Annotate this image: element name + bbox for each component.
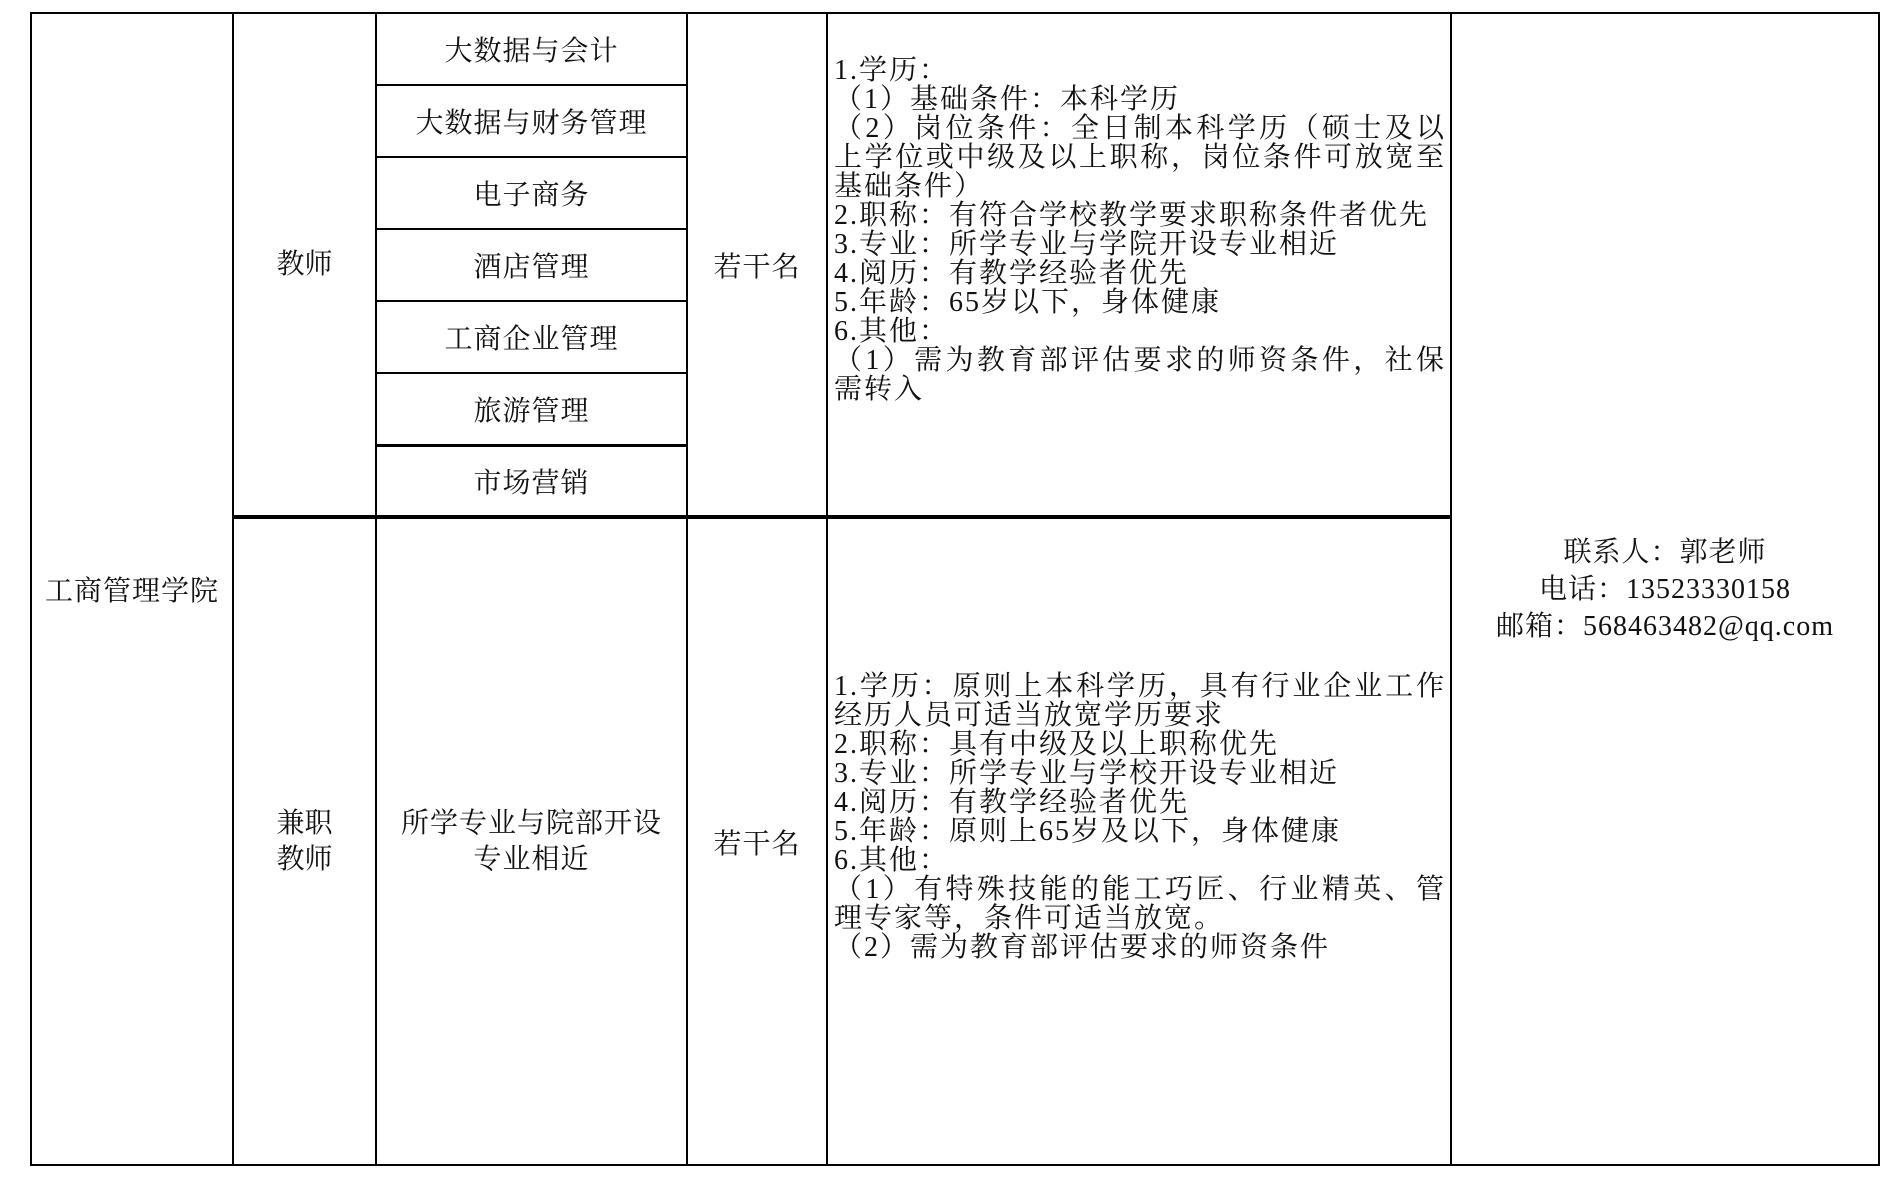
table-row: 工商管理学院 教师 大数据与会计 若干名 1.学历： （1）基础条件：本科学历 … (31, 13, 1879, 85)
contact-cell: 联系人：郭老师 电话：13523330158 邮箱：568463482@qq.c… (1451, 13, 1879, 1165)
position-cell-parttime: 兼职教师 (233, 517, 376, 1165)
contact-phone: 电话：13523330158 (1452, 571, 1878, 608)
major-cell: 旅游管理 (376, 373, 687, 445)
major-cell: 电子商务 (376, 157, 687, 229)
major-cell: 市场营销 (376, 445, 687, 517)
position-cell-teacher: 教师 (233, 13, 376, 517)
major-cell: 大数据与财务管理 (376, 85, 687, 157)
document-page: 工商管理学院 教师 大数据与会计 若干名 1.学历： （1）基础条件：本科学历 … (0, 0, 1900, 1184)
position-label: 教师 (274, 247, 336, 283)
major-cell: 工商企业管理 (376, 301, 687, 373)
recruitment-table: 工商管理学院 教师 大数据与会计 若干名 1.学历： （1）基础条件：本科学历 … (30, 12, 1880, 1166)
requirements-cell-parttime: 1.学历：原则上本科学历，具有行业企业工作经历人员可适当放宽学历要求 2.职称：… (827, 517, 1451, 1165)
contact-person: 联系人：郭老师 (1452, 534, 1878, 571)
major-cell: 酒店管理 (376, 229, 687, 301)
position-label: 兼职教师 (274, 806, 336, 878)
college-cell: 工商管理学院 (31, 13, 233, 1165)
count-cell-teacher: 若干名 (687, 13, 827, 517)
count-cell-parttime: 若干名 (687, 517, 827, 1165)
requirements-cell-teacher: 1.学历： （1）基础条件：本科学历 （2）岗位条件：全日制本科学历（硕士及以上… (827, 13, 1451, 517)
contact-email: 邮箱：568463482@qq.com (1452, 608, 1878, 645)
major-cell-parttime: 所学专业与院部开设专业相近 (376, 517, 687, 1165)
major-cell: 大数据与会计 (376, 13, 687, 85)
